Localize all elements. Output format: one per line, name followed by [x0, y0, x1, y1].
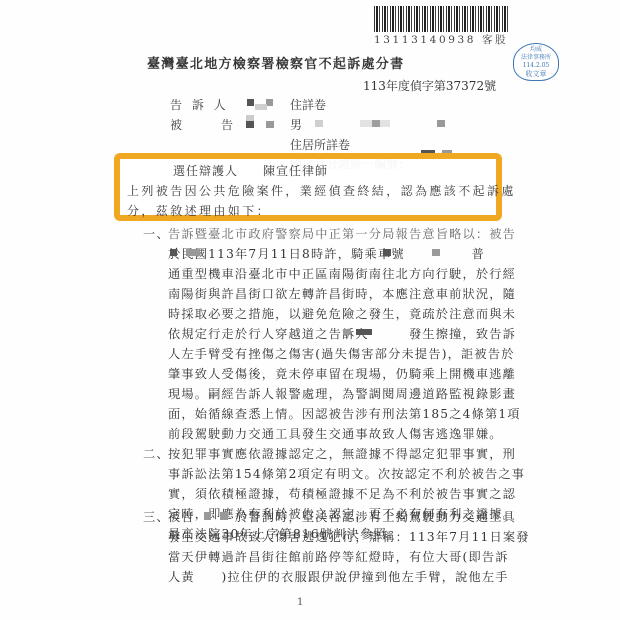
redaction [266, 99, 273, 106]
section-1-line: 通重型機車沿臺北市中正區南陽街南往北方向行駛，於行經 [168, 264, 516, 284]
section-1-line: 時採取必要之措施，以避免危險之發生，竟疏於注意而與未 [168, 304, 516, 324]
case-number: 113年度偵字第37372號 [363, 77, 496, 94]
redaction [220, 512, 228, 520]
defendant-gender: 男 [290, 116, 302, 133]
section-1-line: 現場。嗣經告訴人報警處理，為警調閱周邊道路監視錄影畫 [168, 384, 516, 404]
section-1-number: 一、 [143, 224, 170, 244]
defense-attorney-label: 選任辯護人 [173, 162, 238, 179]
decision-line-1: 上列被告因公共危險案件，業經偵查終結，認為應該不起訴處 [127, 182, 516, 199]
stamp-line3: 收文章 [514, 70, 558, 78]
section-2-line: 實，須依積極證據，苟積極證據不足為不利於被告事實之認 [168, 484, 516, 504]
section-2-line: 按犯罪事實應依證據認定之，無證據不得認定犯罪事實，刑 [168, 444, 516, 464]
section-1-line: 告訴暨臺北市政府警察局中正第一分局報告意旨略以：被告 [168, 224, 516, 244]
redaction [204, 512, 211, 520]
redaction [247, 99, 254, 106]
section-3-line: 發生交通事故致人傷害逃逸犯行，辯稱：113年7月11日案發 [168, 527, 530, 547]
section-1-line: 南陽街與許昌街口欲左轉許昌街時，本應注意車前狀況，隨 [168, 284, 516, 304]
decision-line-2: 分，茲敘述理由如下： [127, 202, 271, 219]
section-3-number: 三、 [143, 507, 170, 527]
redaction [383, 249, 391, 256]
stamp-date: 114.2.05 [514, 62, 558, 70]
section-3-line: 當天伊轉過許昌街往館前路停等紅燈時，有位大哥(即告訴 [168, 547, 509, 567]
redaction [266, 121, 274, 128]
section-3-line: 人黃 )拉住伊的衣服跟伊說伊撞到他左手臂，說他左手 [168, 567, 509, 587]
redaction [255, 104, 267, 110]
redaction [170, 249, 177, 256]
barcode [374, 6, 508, 32]
redaction [356, 329, 372, 335]
section-2-number: 二、 [143, 444, 170, 464]
section-1-line: 肇事致人受傷後，竟未停車留在現場，仍騎乘上開機車逃離 [168, 364, 516, 384]
page-number: 1 [297, 597, 303, 608]
document-title: 臺灣臺北地方檢察署檢察官不起訴處分書 [147, 53, 404, 72]
barcode-number: 13113140938 客股 [374, 32, 508, 47]
complainant-address: 住詳卷 [290, 96, 326, 113]
stamp-line1: 均威 [514, 46, 558, 54]
redaction [246, 121, 254, 128]
document-page: 13113140938 客股 均威 法律事務所 114.2.05 收文章 臺灣臺… [0, 0, 620, 620]
stamp-line2: 法律事務所 [514, 54, 558, 62]
defendant-residence: 住居所詳卷 [290, 136, 350, 153]
redaction [343, 329, 351, 335]
redaction [186, 249, 200, 256]
received-stamp: 均威 法律事務所 114.2.05 收文章 [513, 43, 559, 81]
redaction [437, 120, 445, 127]
section-1-line: 面，始循線查悉上情。因認被告涉有刑法第185之4條第1項 [168, 404, 521, 424]
complainant-label: 告 訴 人 [170, 96, 229, 113]
defense-attorney-name: 陳宣任律師 [263, 162, 328, 179]
section-1-line: 前段駕駛動力交通工具發生交通事故致人傷害逃逸罪嫌。 [168, 424, 503, 444]
redaction [432, 249, 440, 256]
section-2-line: 事訴訟法第154條第2項定有明文。次按認定不利於被告之事 [168, 464, 525, 484]
section-1-line: 人左手臂受有挫傷之傷害(過失傷害部分未提告)，詎被告於 [168, 344, 515, 364]
redaction [360, 120, 390, 127]
redaction [315, 120, 323, 127]
defendant-label: 被 告 [170, 116, 238, 133]
